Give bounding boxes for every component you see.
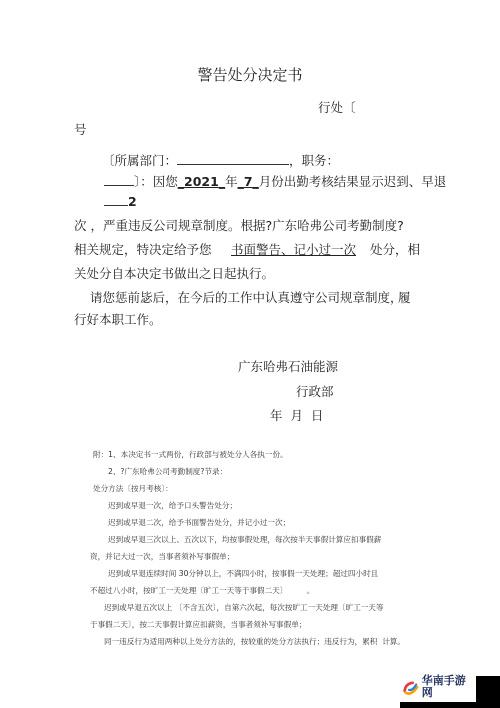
colorful-swoosh-logo-icon: [402, 680, 420, 698]
appendix-line: 2、?广东哈弗公司考勤制度?节录：: [108, 466, 227, 477]
month-label: 月份出勤考核结果显示迟到、早退: [259, 174, 447, 189]
reference-suffix: 号: [74, 120, 87, 138]
decision-line: 相关规定，特决定给予您 书面警告、记小过一次 处分，相: [74, 240, 428, 258]
count-blank: [104, 194, 128, 206]
reference-number: 行处〔: [318, 98, 356, 116]
appendix-line: 迟到或早退一次，给予口头警告处分；: [108, 500, 237, 511]
signature-company: 广东哈弗石油能源: [238, 357, 338, 375]
reason-prefix: 〕：因您: [134, 174, 178, 189]
appendix-line: 迟到或早退五次以上 〔不含五次〕，自第六次起，每次按旷工一天处理〔旷工一天等: [104, 602, 384, 613]
count-line: 2: [104, 194, 137, 209]
appendix-line: 迟到或早退三次以上、五次以下，均按事假处理，每次按半天事假计算应扣事假薪: [108, 534, 381, 545]
position-label: ，职务：: [289, 153, 339, 168]
reason-line: 〕：因您_2021_年_7_月份出勤考核结果显示迟到、早退: [104, 172, 446, 190]
department-blank: [177, 153, 289, 165]
appendix-line: 迟到或早退二次，给予书面警告处分，并记小过一次；: [108, 517, 290, 528]
signature-date: 年 月 日: [270, 406, 323, 424]
penalty-text: 书面警告、记小过一次: [231, 240, 356, 258]
document-title: 警告处分决定书: [0, 64, 500, 85]
watermark-text: 华南手游网: [422, 675, 476, 699]
month-value: _7_: [238, 174, 259, 189]
appendix-line: 资，并记大过一次，当事者须补写事假单；: [90, 551, 234, 562]
decision-suffix: 处分，相: [370, 240, 420, 258]
department-line: 〔所属部门：，职务：: [102, 151, 339, 169]
watermark: 华南手游网: [400, 676, 476, 702]
signature-department: 行政部: [296, 382, 334, 400]
exhort-line-1-end: 履: [398, 288, 411, 306]
watermark-band: [476, 676, 500, 702]
effective-line: 关处分自本决定书做出之日起执行。: [74, 264, 274, 282]
appendix-line: 附：1、本决定书一式两份，行政部与被处分人各执一份。: [93, 449, 288, 460]
appendix-line: 迟到或早退连续时间 30分钟以上，不满四小时，按事假一天处理；超过四小时且: [108, 568, 378, 579]
year-value: _2021_: [178, 174, 225, 189]
violation-line: 次 ，严重违反公司规章制度。根据?广东哈弗公司考勤制度?: [74, 216, 404, 234]
exhort-line-1: 请您惩前毖后，在今后的工作中认真遵守公司规章制度，: [90, 288, 403, 306]
late-count: 2: [128, 194, 137, 209]
appendix-line: 处分方法〔按月考核〕：: [93, 483, 173, 494]
watermark-band-bottom: [400, 702, 500, 708]
appendix-line: 同一违反行为适用两种以上处分方法的，按较重的处分方法执行；违反行为，累积 计算。: [104, 636, 405, 647]
department-label: 〔所属部门：: [102, 153, 177, 168]
decision-prefix: 相关规定，特决定给予您: [74, 242, 212, 257]
position-blank: [104, 174, 134, 186]
appendix-line: 不超过八小时，按旷工一天处理〔旷工一天等于事假二天〕 。: [90, 585, 314, 596]
appendix-line: 于事假二天〕，按二天事假计算应扣薪资，当事者须补写事假单；: [90, 619, 306, 630]
exhort-line-2: 行好本职工作。: [74, 310, 162, 328]
year-label: 年: [225, 174, 238, 189]
